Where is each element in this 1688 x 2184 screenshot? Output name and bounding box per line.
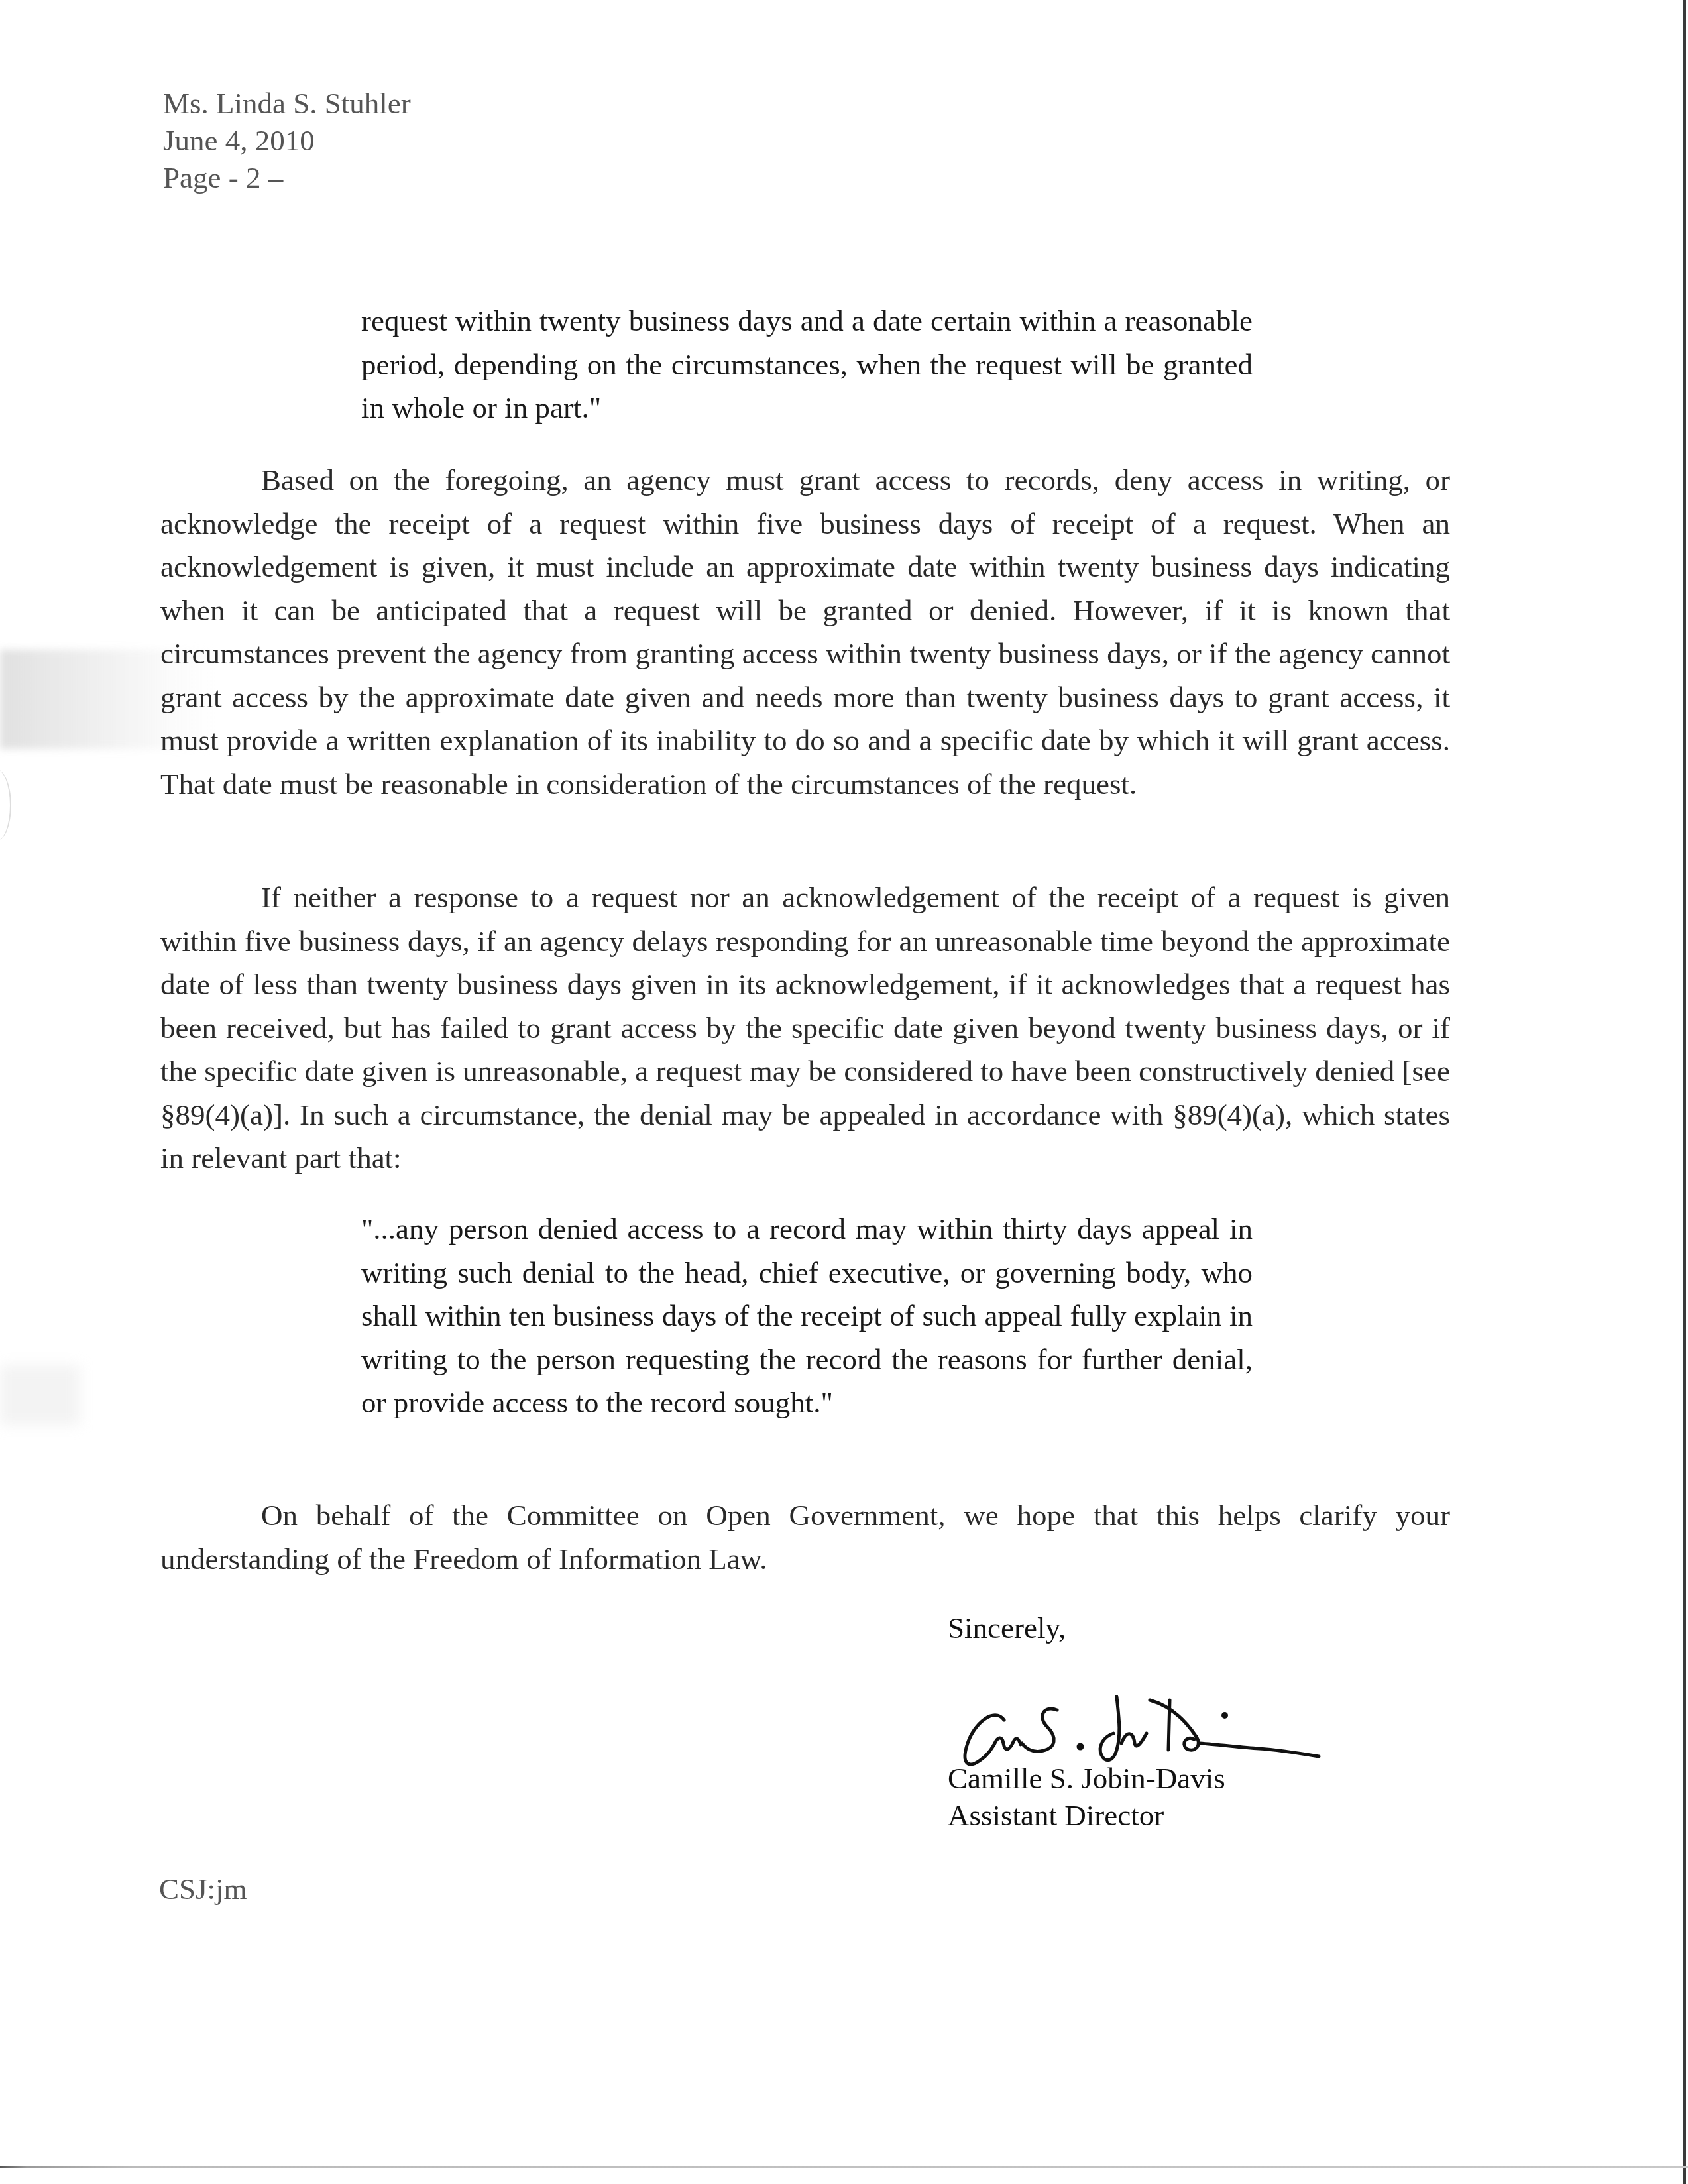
signature-block: Camille S. Jobin-Davis Assistant Directo…	[948, 1760, 1225, 1834]
letter-page: Ms. Linda S. Stuhler June 4, 2010 Page -…	[0, 0, 1688, 2184]
salutation: Sincerely,	[948, 1609, 1066, 1646]
block-quote-continued: request within twenty business days and …	[361, 300, 1253, 430]
recipient-name: Ms. Linda S. Stuhler	[163, 85, 411, 122]
signer-title: Assistant Director	[948, 1797, 1225, 1834]
scan-edge-bottom	[0, 2166, 1688, 2168]
scan-smudge	[0, 1365, 80, 1425]
scan-edge-right	[1683, 0, 1686, 2184]
body-paragraph: Based on the foregoing, an agency must g…	[160, 459, 1450, 806]
letter-date: June 4, 2010	[163, 122, 411, 159]
scan-artifact-arc	[0, 769, 11, 842]
page-number: Page - 2 –	[163, 159, 411, 196]
body-paragraph: If neither a response to a request nor a…	[160, 876, 1450, 1180]
block-quote-statute: "...any person denied access to a record…	[361, 1208, 1253, 1425]
signer-name: Camille S. Jobin-Davis	[948, 1760, 1225, 1797]
typist-initials: CSJ:jm	[159, 1870, 247, 1908]
letter-header: Ms. Linda S. Stuhler June 4, 2010 Page -…	[163, 85, 411, 196]
closing-paragraph: On behalf of the Committee on Open Gover…	[160, 1494, 1450, 1581]
